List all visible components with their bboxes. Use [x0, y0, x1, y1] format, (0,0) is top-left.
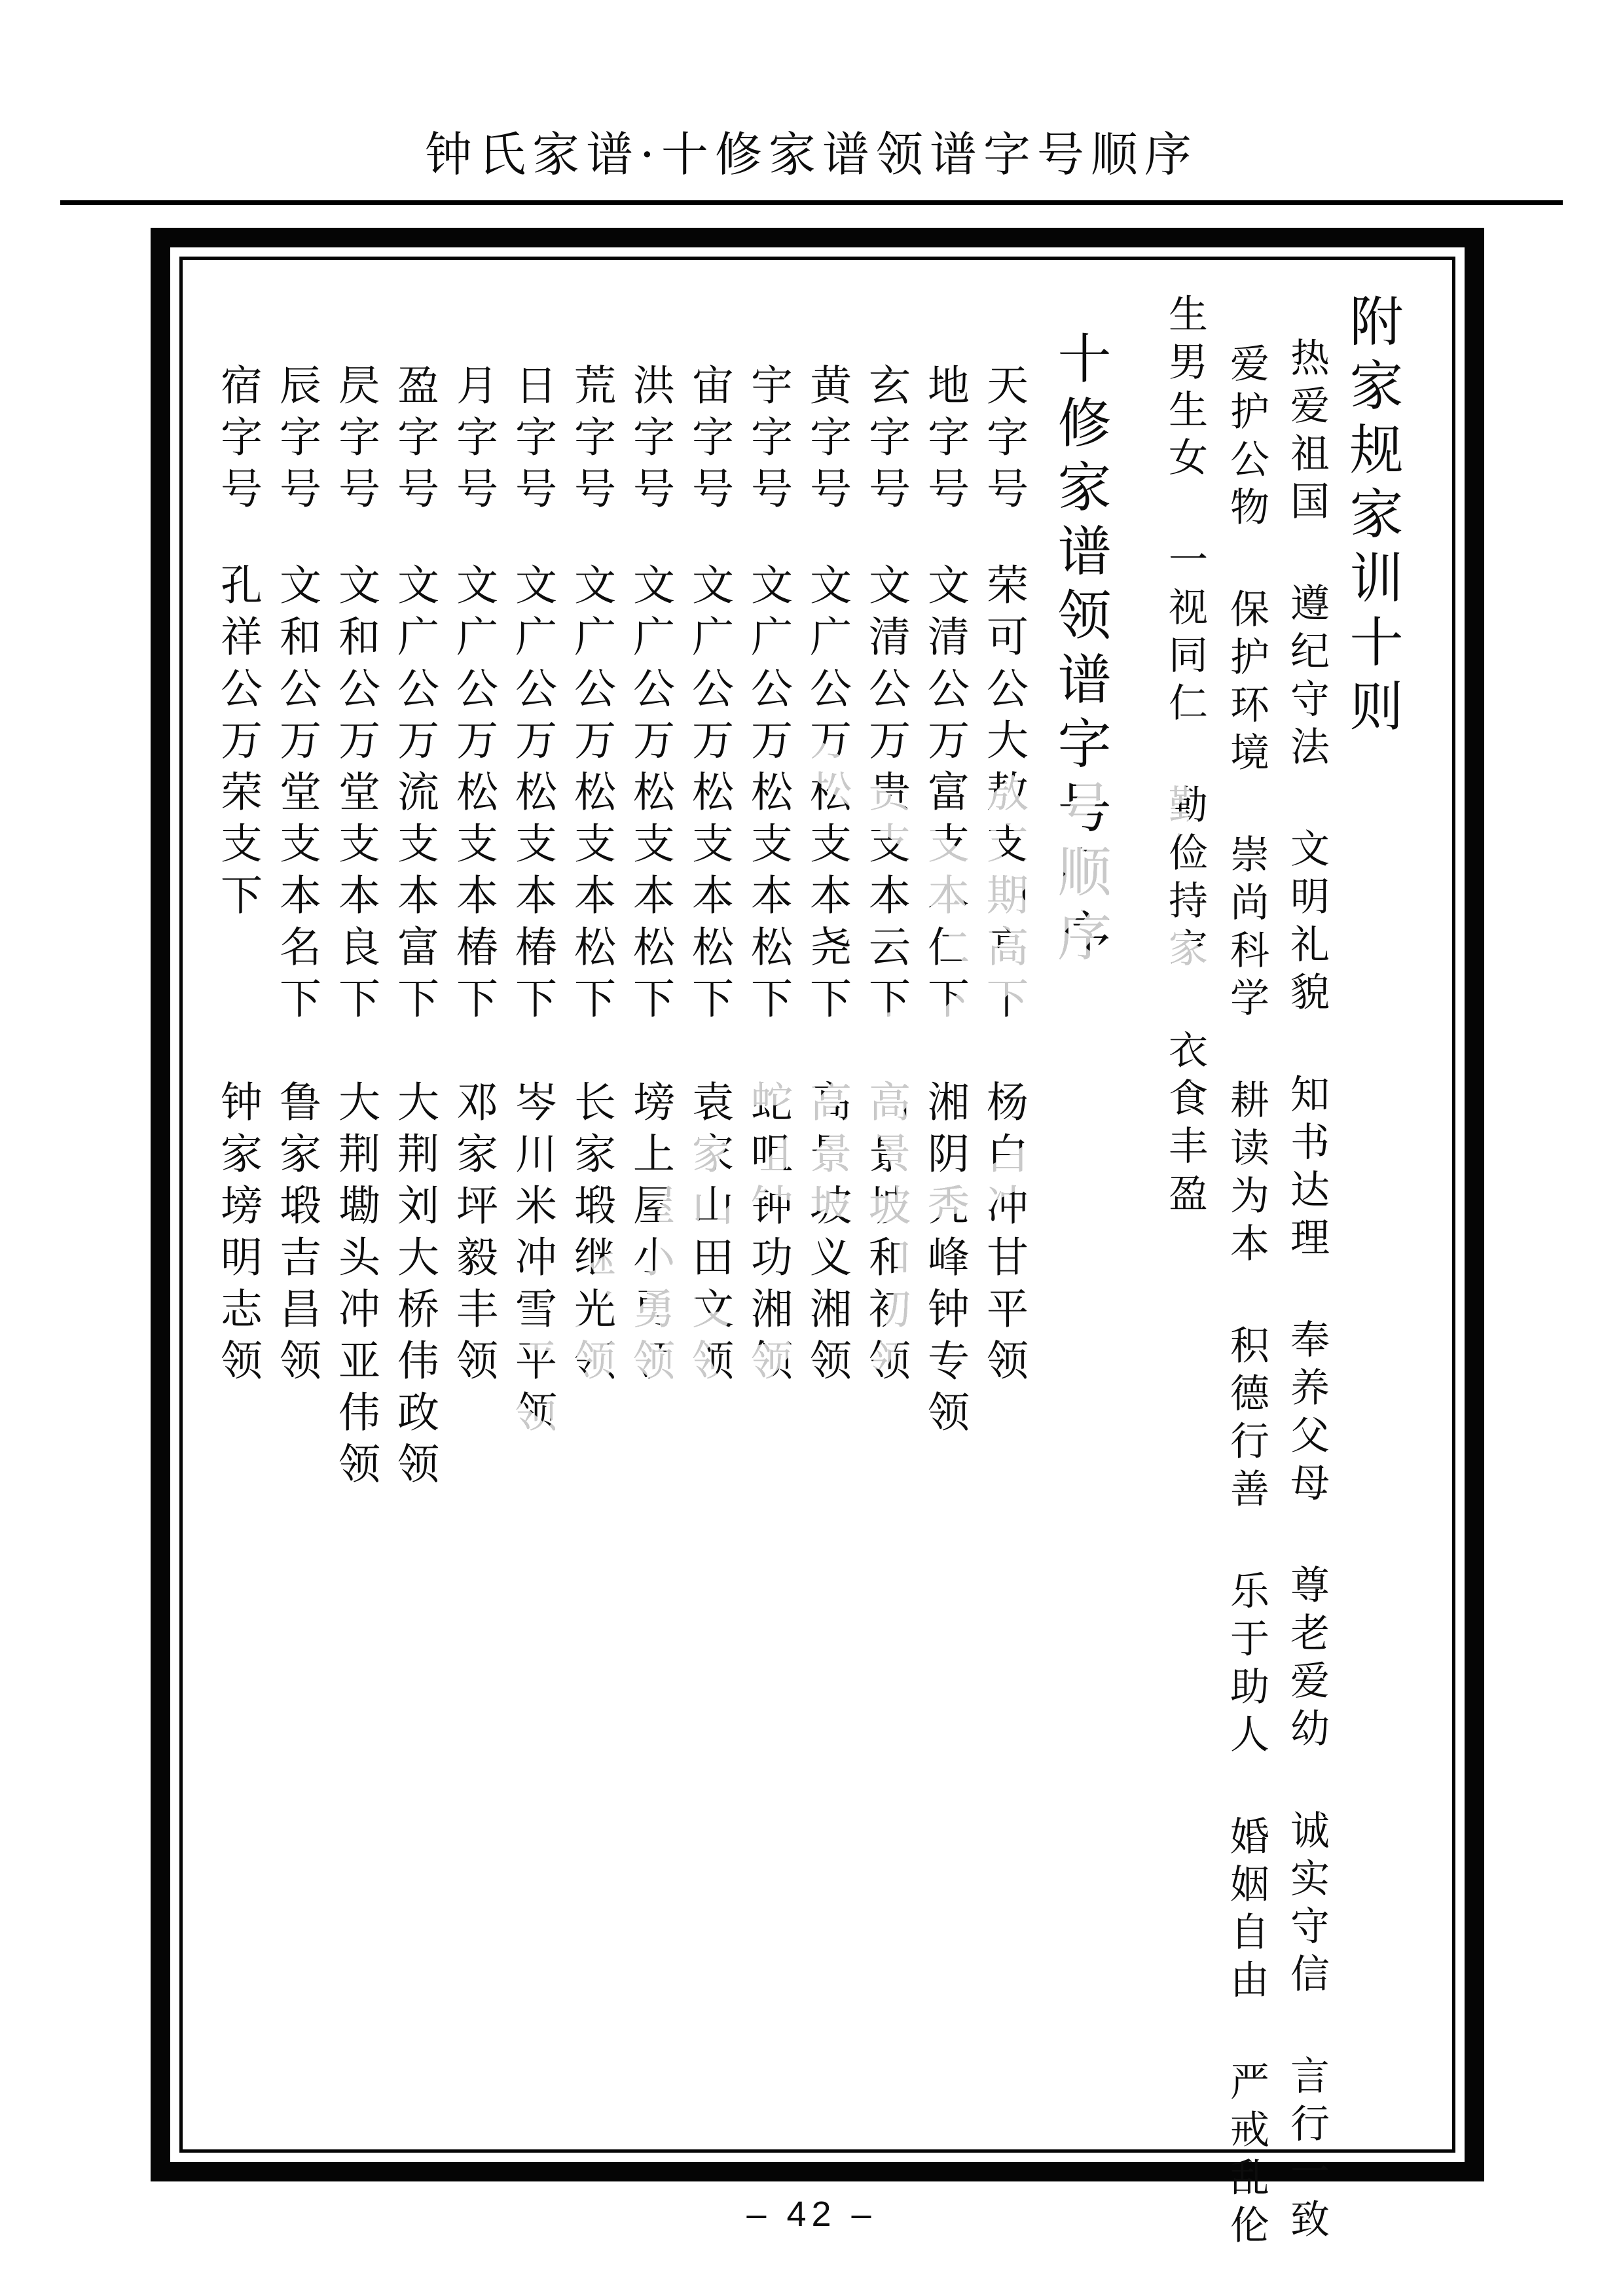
- entry-branch: 文广公万松支本椿下: [511, 563, 553, 1028]
- family-rules-line-1: 热爱祖国 遵纪守法 文明礼貌 知书达理 奉养父母 尊老爱幼 诚实守信 言行一致: [1287, 337, 1326, 2246]
- family-rules-line-3: 生男生女 一视同仁 勤俭持家 衣食丰盈: [1165, 293, 1205, 1221]
- running-head-title: 钟氏家谱·十修家谱领谱字号顺序: [0, 117, 1623, 185]
- genealogy-page: 钟氏家谱·十修家谱领谱字号顺序 附家规家训十则 热爱祖国 遵纪守法 文明礼貌 知…: [0, 0, 1623, 2296]
- entry-holder: 高景坡和初领: [865, 1080, 907, 1390]
- entry-holder: 蛇咀钟功湘领: [747, 1080, 789, 1390]
- entry-branch: 文和公万堂支本名下: [276, 563, 318, 1028]
- entry-hao: 天字号: [983, 363, 1025, 518]
- roster-entry-column: 盈字号 文广公万流支本富下 大荆刘大桥伟政领: [390, 363, 439, 2000]
- entry-branch: 文广公万松支本松下: [688, 563, 730, 1028]
- entry-holder: 鲁家塅吉昌领: [276, 1080, 318, 1390]
- entry-hao: 日字号: [511, 363, 553, 518]
- roster-entry-column: 洪字号 文广公万松支本松下 塝上屋小勇领: [626, 363, 674, 2000]
- entry-holder: 高景坡义湘领: [806, 1080, 848, 1390]
- roster-entry-column: 日字号 文广公万松支本椿下 岑川米冲雪平领: [508, 363, 556, 2000]
- entry-holder: 岑川米冲雪平领: [511, 1080, 553, 1442]
- entry-hao: 荒字号: [570, 363, 612, 518]
- roster-entry-column: 地字号 文清公万富支本仁下 湘阴秃峰钟专领: [921, 363, 969, 2000]
- entry-holder: 袁家山田文领: [688, 1080, 730, 1390]
- entry-hao: 盈字号: [393, 363, 435, 518]
- entry-hao: 洪字号: [629, 363, 671, 518]
- entry-holder: 邓家坪毅丰领: [452, 1080, 494, 1390]
- roster-entry-column: 辰字号 文和公万堂支本名下 鲁家塅吉昌领: [272, 363, 321, 2000]
- entry-hao: 黄字号: [806, 363, 848, 518]
- roster-entry-column: 宙字号 文广公万松支本松下 袁家山田文领: [685, 363, 733, 2000]
- entry-branch: 文广公万松支本松下: [747, 563, 789, 1028]
- entry-branch: 文和公万堂支本良下: [335, 563, 376, 1028]
- roster-entry-column: 昃字号 文和公万堂支本良下 大荆墈头冲亚伟领: [331, 363, 380, 2000]
- entry-branch: 文清公万富支本仁下: [924, 563, 966, 1028]
- roster-entry-column: 玄字号 文清公万贵支本云下 高景坡和初领: [862, 363, 910, 2000]
- entry-branch: 文广公万流支本富下: [393, 563, 435, 1028]
- entry-branch: 文广公万松支本尧下: [806, 563, 848, 1028]
- roster-entry-column: 宿字号 孔祥公万荣支下 钟家塝明志领: [213, 363, 262, 2000]
- entry-branch: 文广公万松支本松下: [629, 563, 671, 1028]
- entry-holder: 大荆刘大桥伟政领: [393, 1080, 435, 1494]
- entry-hao: 月字号: [452, 363, 494, 518]
- roster-entry-column: 荒字号 文广公万松支本松下 长家塅继光领: [567, 363, 615, 2000]
- entry-holder: 湘阴秃峰钟专领: [924, 1080, 966, 1442]
- entry-branch: 文广公万松支本松下: [570, 563, 612, 1028]
- entry-hao: 玄字号: [865, 363, 907, 518]
- roster-entry-column: 天字号 荣可公大敖支期高下 杨白冲甘平领: [979, 363, 1028, 2000]
- family-rules-line-2: 爱护公物 保护环境 崇尚科学 耕读为本 积德行善 乐于助人 婚姻自由 严戒乱伦: [1227, 343, 1266, 2252]
- entry-branch: 孔祥公万荣支下: [217, 563, 259, 925]
- header-rule: [60, 200, 1563, 205]
- entry-holder: 钟家塝明志领: [217, 1080, 259, 1390]
- entry-holder: 杨白冲甘平领: [983, 1080, 1025, 1390]
- roster-entry-column: 宇字号 文广公万松支本松下 蛇咀钟功湘领: [744, 363, 792, 2000]
- entry-holder: 塝上屋小勇领: [629, 1080, 671, 1390]
- entry-hao: 昃字号: [335, 363, 376, 518]
- entry-holder: 长家塅继光领: [570, 1080, 612, 1390]
- entry-hao: 宙字号: [688, 363, 730, 518]
- entry-branch: 文广公万松支本椿下: [452, 563, 494, 1028]
- entry-hao: 辰字号: [276, 363, 318, 518]
- page-number: – 42 –: [0, 2194, 1623, 2234]
- roster-section-title: 十修家谱领谱字号顺序: [1053, 331, 1106, 972]
- family-rules-title: 附家规家训十则: [1345, 293, 1398, 742]
- entry-branch: 荣可公大敖支期高下: [983, 563, 1025, 1028]
- roster-entry-column: 黄字号 文广公万松支本尧下 高景坡义湘领: [803, 363, 851, 2000]
- entry-hao: 宿字号: [217, 363, 259, 518]
- entry-hao: 宇字号: [747, 363, 789, 518]
- entry-holder: 大荆墈头冲亚伟领: [335, 1080, 376, 1494]
- roster-entry-column: 月字号 文广公万松支本椿下 邓家坪毅丰领: [449, 363, 498, 2000]
- entry-branch: 文清公万贵支本云下: [865, 563, 907, 1028]
- entry-hao: 地字号: [924, 363, 966, 518]
